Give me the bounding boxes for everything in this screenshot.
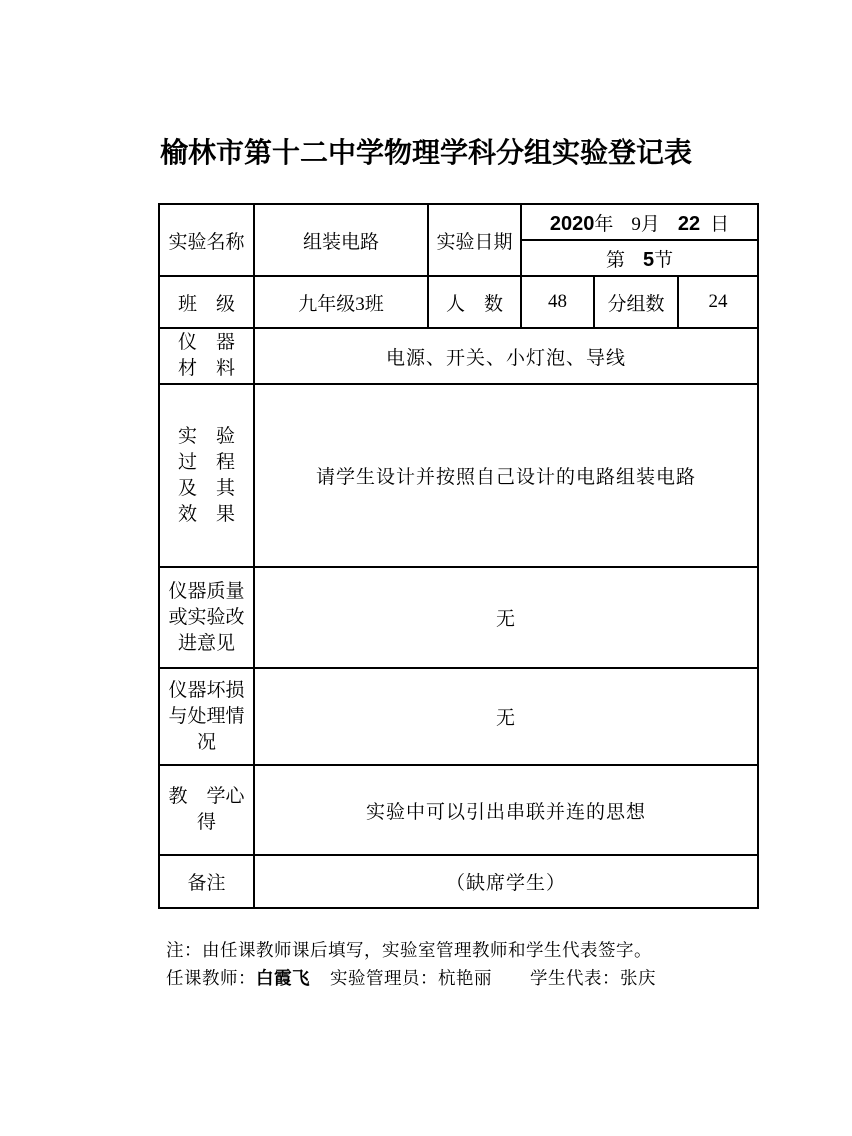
footer: 注：由任课教师课后填写，实验室管理教师和学生代表签字。 任课教师：白霞飞实验管理… <box>166 936 786 992</box>
page-title: 榆林市第十二中学物理学科分组实验登记表 <box>0 131 852 171</box>
date-year-unit: 年 <box>594 214 613 235</box>
experiment-date-value: 2020年9月22日 <box>521 204 758 240</box>
teaching-notes-value: 实验中可以引出串联并连的思想 <box>254 765 758 855</box>
damage-label: 仪器坏损与处理情况 <box>159 668 254 765</box>
date-month: 9 <box>631 214 641 235</box>
teaching-notes-label-line1: 教 学心 <box>160 784 253 810</box>
groups-label: 分组数 <box>594 276 678 328</box>
process-label-line4: 效 果 <box>160 502 253 528</box>
damage-value: 无 <box>254 668 758 765</box>
experiment-name-label: 实验名称 <box>159 204 254 276</box>
headcount-label: 人 数 <box>428 276 521 328</box>
materials-label: 仪 器材 料 <box>159 328 254 384</box>
session-line: 第5节 <box>606 250 673 271</box>
teacher-label: 任课教师： <box>166 968 256 988</box>
process-label: 实 验过 程及 其效 果 <box>159 384 254 567</box>
quality-label-line2: 或实验改 <box>160 605 253 631</box>
quality-label-line1: 仪器质量 <box>160 579 253 605</box>
student-name: 张庆 <box>620 968 656 988</box>
manager-label: 实验管理员： <box>330 968 438 988</box>
remarks-value: （缺席学生） <box>254 855 758 908</box>
student-label: 学生代表： <box>530 968 620 988</box>
materials-label-line2: 材 料 <box>160 356 253 382</box>
date-day: 22 <box>678 213 700 235</box>
quality-label-line3: 进意见 <box>160 631 253 657</box>
remarks-label: 备注 <box>159 855 254 908</box>
session-prefix: 第 <box>606 250 625 271</box>
row-teaching-notes: 教 学心得 实验中可以引出串联并连的思想 <box>159 765 758 855</box>
process-value: 请学生设计并按照自己设计的电路组装电路 <box>254 384 758 567</box>
headcount-value: 48 <box>521 276 594 328</box>
date-line: 2020年9月22日 <box>550 214 729 235</box>
date-day-unit: 日 <box>710 214 729 235</box>
row-class: 班 级 九年级3班 人 数 48 分组数 24 <box>159 276 758 328</box>
experiment-date-label: 实验日期 <box>428 204 521 276</box>
manager-name: 杭艳丽 <box>438 968 492 988</box>
session-number: 5 <box>643 249 654 271</box>
date-month-unit: 月 <box>641 214 660 235</box>
damage-label-line3: 况 <box>160 730 253 756</box>
date-year: 2020 <box>550 213 595 235</box>
materials-label-line1: 仪 器 <box>160 330 253 356</box>
teacher-name: 白霞飞 <box>256 968 310 988</box>
session-value: 第5节 <box>521 240 758 276</box>
row-process: 实 验过 程及 其效 果 请学生设计并按照自己设计的电路组装电路 <box>159 384 758 567</box>
row-quality: 仪器质量或实验改进意见 无 <box>159 567 758 668</box>
teaching-notes-label: 教 学心得 <box>159 765 254 855</box>
teaching-notes-label-line2: 得 <box>160 810 253 836</box>
row-materials: 仪 器材 料 电源、开关、小灯泡、导线 <box>159 328 758 384</box>
experiment-registration-table: 实验名称 组装电路 实验日期 2020年9月22日 第5节 班 级 九年级3班 … <box>158 203 759 909</box>
row-damage: 仪器坏损与处理情况 无 <box>159 668 758 765</box>
damage-label-line1: 仪器坏损 <box>160 678 253 704</box>
row-remarks: 备注 （缺席学生） <box>159 855 758 908</box>
process-label-line3: 及 其 <box>160 476 253 502</box>
experiment-name-value: 组装电路 <box>254 204 428 276</box>
quality-value: 无 <box>254 567 758 668</box>
process-label-line2: 过 程 <box>160 450 253 476</box>
class-label: 班 级 <box>159 276 254 328</box>
footer-note: 注：由任课教师课后填写，实验室管理教师和学生代表签字。 <box>166 936 786 964</box>
damage-label-line2: 与处理情 <box>160 704 253 730</box>
class-value: 九年级3班 <box>254 276 428 328</box>
session-unit: 节 <box>654 250 673 271</box>
process-label-line1: 实 验 <box>160 424 253 450</box>
groups-value: 24 <box>678 276 758 328</box>
footer-signatures: 任课教师：白霞飞实验管理员：杭艳丽学生代表：张庆 <box>166 964 786 992</box>
row-experiment-name: 实验名称 组装电路 实验日期 2020年9月22日 <box>159 204 758 240</box>
quality-label: 仪器质量或实验改进意见 <box>159 567 254 668</box>
materials-value: 电源、开关、小灯泡、导线 <box>254 328 758 384</box>
